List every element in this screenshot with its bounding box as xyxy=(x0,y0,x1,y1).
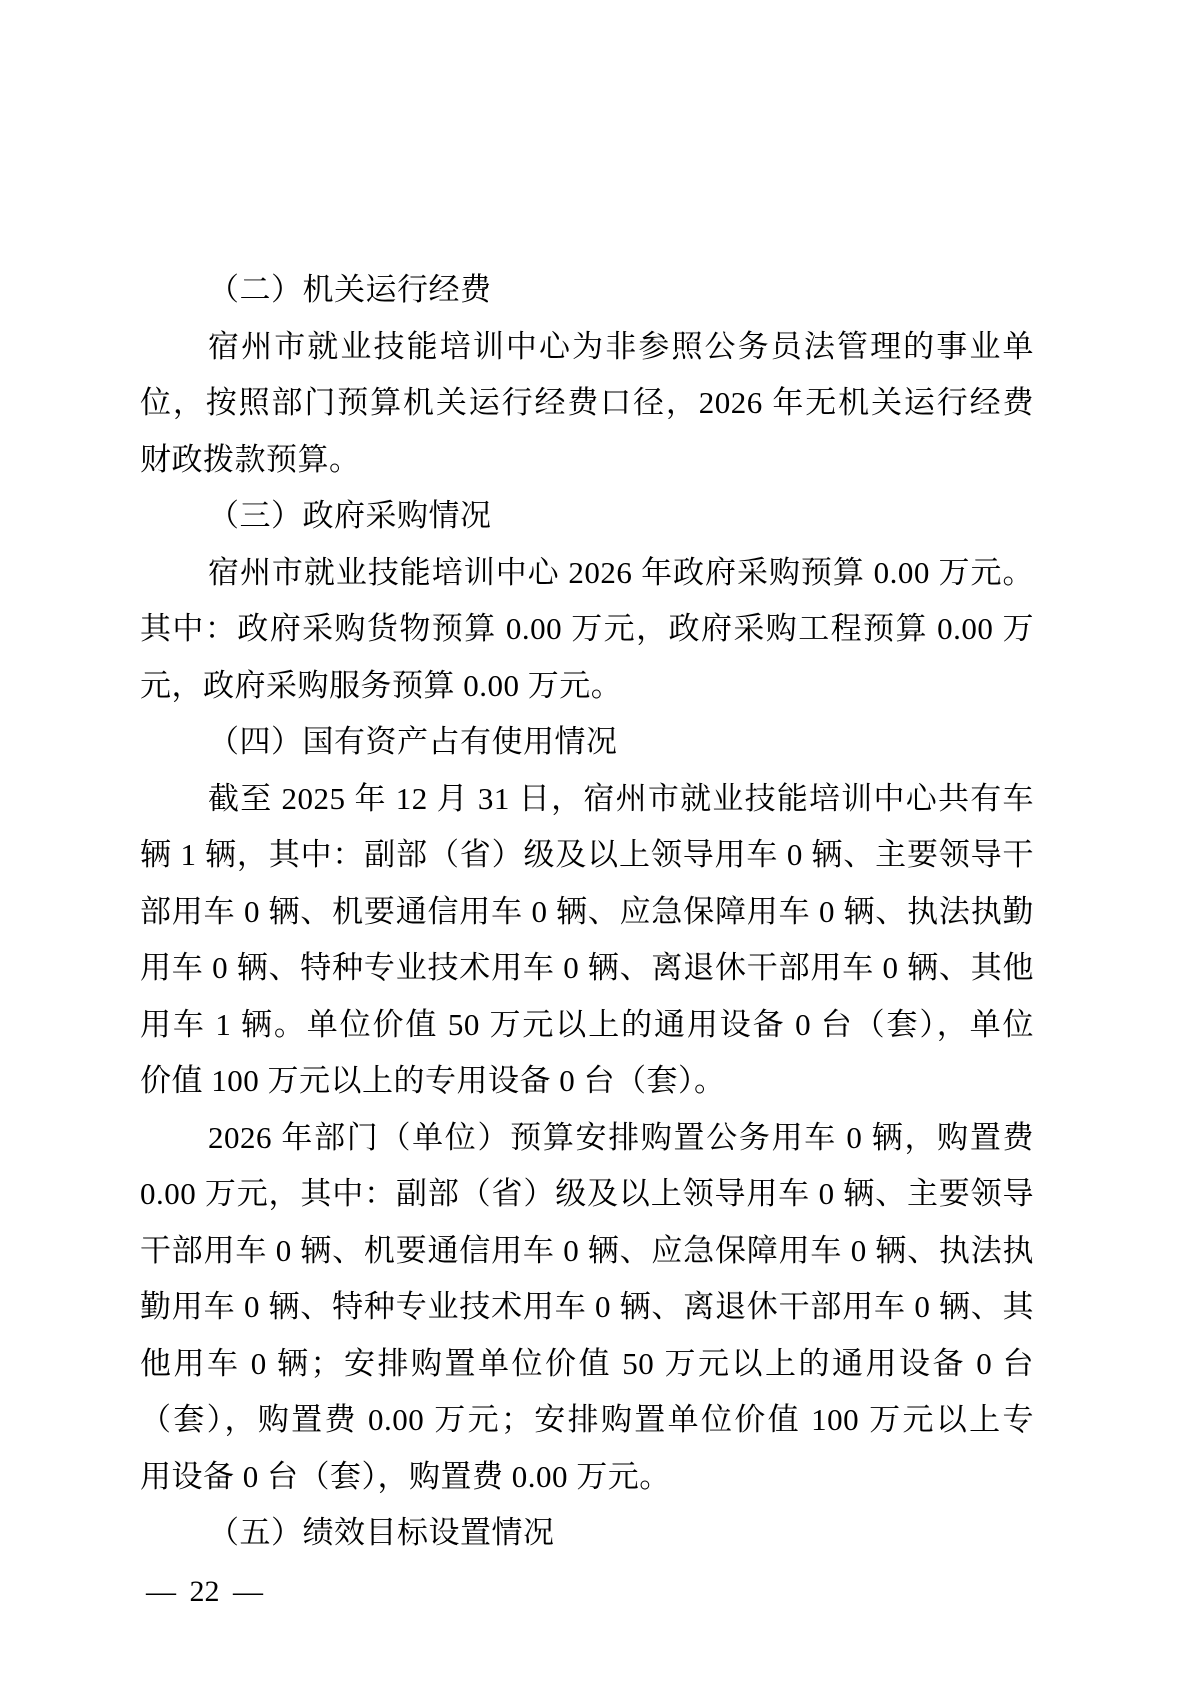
paragraph-line: 部用车 0 辆、机要通信用车 0 辆、应急保障用车 0 辆、执法执勤 xyxy=(140,884,1034,941)
paragraph-line: 用车 1 辆。单位价值 50 万元以上的通用设备 0 台（套），单位 xyxy=(140,997,1034,1054)
paragraph-line: 干部用车 0 辆、机要通信用车 0 辆、应急保障用车 0 辆、执法执 xyxy=(140,1223,1034,1280)
paragraph-line: 用车 0 辆、特种专业技术用车 0 辆、离退休干部用车 0 辆、其他 xyxy=(140,940,1034,997)
paragraph-line: 2026 年部门（单位）预算安排购置公务用车 0 辆，购置费 xyxy=(140,1110,1034,1167)
paragraph-line: 财政拨款预算。 xyxy=(140,432,1034,489)
paragraph-line: 元，政府采购服务预算 0.00 万元。 xyxy=(140,658,1034,715)
paragraph-line: 宿州市就业技能培训中心 2026 年政府采购预算 0.00 万元。 xyxy=(140,545,1034,602)
paragraph-line: 辆 1 辆，其中：副部（省）级及以上领导用车 0 辆、主要领导干 xyxy=(140,827,1034,884)
paragraph-line: 他用车 0 辆；安排购置单位价值 50 万元以上的通用设备 0 台 xyxy=(140,1336,1034,1393)
paragraph-line: 宿州市就业技能培训中心为非参照公务员法管理的事业单 xyxy=(140,319,1034,376)
page-footer: — 22 — xyxy=(146,1572,263,1612)
paragraph-line: （套），购置费 0.00 万元；安排购置单位价值 100 万元以上专 xyxy=(140,1392,1034,1449)
paragraph-line: 位，按照部门预算机关运行经费口径，2026 年无机关运行经费 xyxy=(140,375,1034,432)
document-body: （二）机关运行经费 宿州市就业技能培训中心为非参照公务员法管理的事业单 位，按照… xyxy=(140,262,1034,1562)
paragraph-line: 勤用车 0 辆、特种专业技术用车 0 辆、离退休干部用车 0 辆、其 xyxy=(140,1279,1034,1336)
paragraph-line: 用设备 0 台（套），购置费 0.00 万元。 xyxy=(140,1449,1034,1506)
paragraph-line: 截至 2025 年 12 月 31 日，宿州市就业技能培训中心共有车 xyxy=(140,771,1034,828)
document-page: （二）机关运行经费 宿州市就业技能培训中心为非参照公务员法管理的事业单 位，按照… xyxy=(0,0,1190,1683)
heading-performance-targets: （五）绩效目标设置情况 xyxy=(140,1505,1034,1562)
page-number: — 22 — xyxy=(146,1575,263,1608)
heading-agency-operating-expenses: （二）机关运行经费 xyxy=(140,262,1034,319)
paragraph-line: 0.00 万元，其中：副部（省）级及以上领导用车 0 辆、主要领导 xyxy=(140,1166,1034,1223)
heading-state-owned-assets-usage: （四）国有资产占有使用情况 xyxy=(140,714,1034,771)
paragraph-line: 其中：政府采购货物预算 0.00 万元，政府采购工程预算 0.00 万 xyxy=(140,601,1034,658)
paragraph-line: 价值 100 万元以上的专用设备 0 台（套）。 xyxy=(140,1053,1034,1110)
heading-government-procurement: （三）政府采购情况 xyxy=(140,488,1034,545)
